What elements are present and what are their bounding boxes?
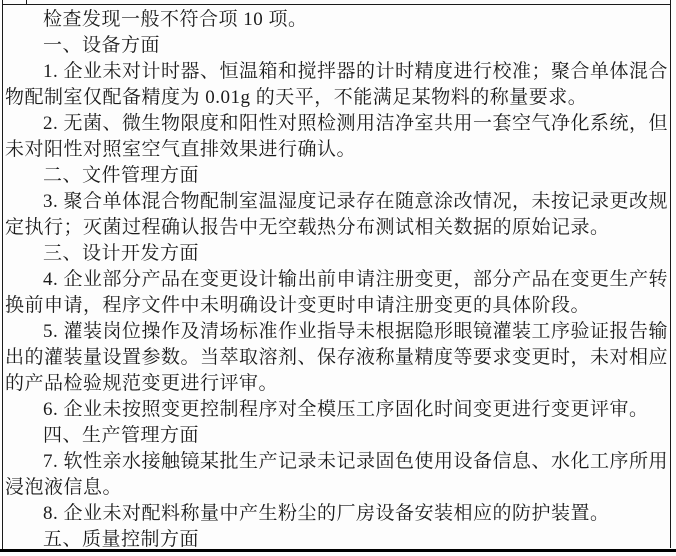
finding-item: 7. 软性亲水接触镜某批生产记录未记录固色使用设备信息、水化工序所用浸泡液信息。 — [5, 449, 668, 501]
intro-paragraph: 检查发现一般不符合项 10 项。 — [5, 7, 668, 33]
cell-border-right — [670, 0, 671, 548]
finding-item: 4. 企业部分产品在变更设计输出前申请注册变更，部分产品在变更生产转换前申请，程… — [5, 267, 668, 319]
section-heading: 四、生产管理方面 — [5, 423, 668, 449]
finding-item: 5. 灌装岗位操作及清场标准作业指导未根据隐形眼镜灌装工序验证报告输出的灌装量设… — [5, 319, 668, 397]
document-body: 检查发现一般不符合项 10 项。一、设备方面1. 企业未对计时器、恒温箱和搅拌器… — [5, 7, 668, 553]
cell-border-top — [2, 4, 671, 5]
finding-item: 8. 企业未对配料称量中产生粉尘的厂房设备安装相应的防护装置。 — [5, 501, 668, 527]
finding-item: 1. 企业未对计时器、恒温箱和搅拌器的计时精度进行校准；聚合单体混合物配制室仅配… — [5, 59, 668, 111]
section-heading: 三、设计开发方面 — [5, 241, 668, 267]
finding-item: 3. 聚合单体混合物配制室温湿度记录存在随意涂改情况，未按记录更改规定执行；灭菌… — [5, 189, 668, 241]
cell-border-left — [2, 0, 3, 550]
document-page: 检查发现一般不符合项 10 项。一、设备方面1. 企业未对计时器、恒温箱和搅拌器… — [0, 0, 676, 556]
finding-item: 2. 无菌、微生物限度和阳性对照检测用洁净室共用一套空气净化系统，但未对阳性对照… — [5, 111, 668, 163]
section-heading: 一、设备方面 — [5, 33, 668, 59]
section-heading: 五、质量控制方面 — [5, 527, 668, 553]
section-heading: 二、文件管理方面 — [5, 163, 668, 189]
upper-row-divider-stub — [26, 0, 27, 4]
finding-item: 6. 企业未按照变更控制程序对全模压工序固化时间变更进行变更评审。 — [5, 397, 668, 423]
